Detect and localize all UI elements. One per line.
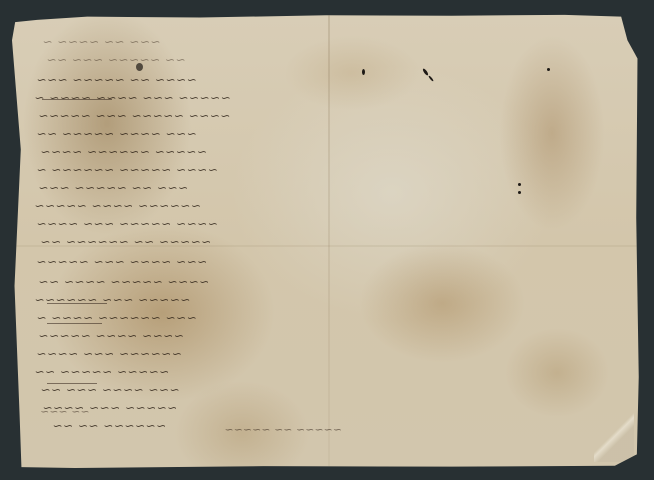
corner-crease <box>594 412 634 462</box>
text-line: ~~~ ~~ ~~~~~ ~~~ <box>38 181 188 195</box>
text-line: ~~~~ ~~~~~ ~~~~~~ ~ <box>36 163 218 177</box>
text-line: ~~~~~ ~~~ ~~~~~~ <box>34 293 190 307</box>
text-line: ~~~~~ ~~~ ~~~~ ~~~~ ~ <box>34 91 231 105</box>
text-line: ~~~~ ~~~~~ ~~~ ~~~~~ <box>38 109 230 123</box>
manuscript-sheet: ~~~ ~~ ~~~~ ~ ~~ ~~~~~ ~~~ ~~ ~~~~ ~~ ~~… <box>12 13 640 468</box>
text-line: ~~ ~~~~~ ~~~ ~~ <box>46 53 186 67</box>
ruled-stroke <box>42 99 112 100</box>
ink-blot <box>518 183 521 186</box>
text-line: ~~~~ ~~~~ ~~~~~ <box>38 329 184 343</box>
ink-blot <box>518 191 521 194</box>
text-line: ~~~~~~ ~~~~ ~~~~~ <box>34 199 201 213</box>
text-line: ~~~ ~~~~ ~~~~~ ~~ <box>36 127 197 141</box>
text-line: ~~~~~ ~~ ~~~~~~ ~~ <box>40 235 211 249</box>
text-line: ~~~~~~ ~~ ~~ <box>52 419 166 433</box>
ink-blot <box>136 63 143 71</box>
text-line: ~~~~ ~~ ~~~~~ ~~~ <box>36 73 197 87</box>
ink-blot <box>547 68 550 71</box>
text-line: ~~~~ ~~~~~ ~~~ ~~~~ <box>36 217 218 231</box>
signature-scrawl: ~~~~~ ~~ ~~~~~ <box>242 423 342 443</box>
text-line: ~~~~~ ~~~~~~ ~~~~ <box>40 145 207 159</box>
ink-blot <box>362 69 365 75</box>
bleed-through-text-block: ~~~ ~~ ~~~~ ~ ~~ ~~~~~ ~~~ ~~ ~~~~ ~~ ~~… <box>32 31 282 451</box>
ruled-stroke <box>47 383 97 384</box>
ruled-stroke <box>47 303 107 304</box>
text-line: ~~~~ ~~~~~ ~~~~ ~~ <box>38 275 209 289</box>
ink-blot <box>428 75 434 82</box>
text-line: ~~~~~ ~~~~~ ~~ <box>34 365 169 379</box>
margin-note: ~~ ~~~ <box>40 405 90 418</box>
text-line: ~~~ ~~~~ ~~~ ~~ <box>40 383 180 397</box>
text-line: ~~~ ~~~~ ~~~ ~~~~~ <box>36 255 207 269</box>
text-line: ~~~ ~~ ~~~~ ~ <box>42 35 161 49</box>
ruled-stroke <box>47 323 102 324</box>
vertical-fold-line <box>328 13 330 468</box>
text-line: ~~~~~~ ~~~ ~~~~ <box>36 347 182 361</box>
